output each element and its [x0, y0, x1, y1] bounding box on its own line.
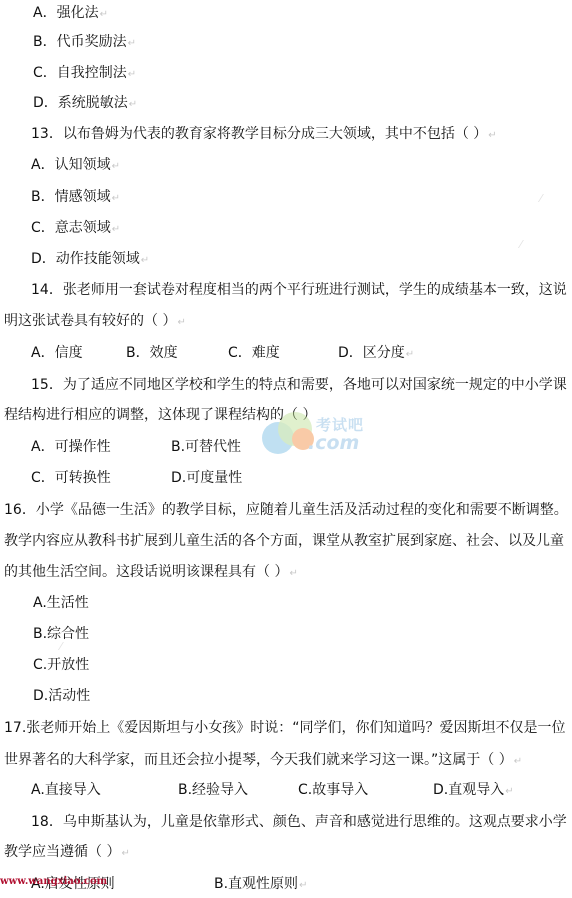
paragraph-mark-icon: ↵	[100, 9, 108, 20]
q12-option-a: A．强化法↵	[33, 3, 108, 23]
q16-stem-line2: 教学内容应从教科书扩展到儿童生活的各个方面，课堂从教室扩展到家庭、社会、以及儿童	[4, 531, 564, 551]
paragraph-mark-icon: ↵	[141, 255, 149, 266]
q13-option-a: A．认知领域↵	[31, 155, 120, 175]
paragraph-mark-icon: ↵	[112, 193, 120, 204]
paragraph-mark-icon: ↵	[514, 756, 522, 767]
q14-option-d: D．区分度↵	[338, 343, 414, 365]
paragraph-mark-icon: ↵	[128, 69, 136, 80]
q17-option-a: A.直接导入	[31, 780, 101, 800]
q15-option-d: D.可度量性	[171, 468, 242, 488]
paragraph-mark-icon: ↵	[129, 99, 137, 110]
q13-option-c: C．意志领域↵	[31, 218, 120, 238]
q17-stem-line1: 17.张老师开始上《爱因斯坦与小女孩》时说：“同学们，你们知道吗？爱因斯坦不仅是…	[4, 718, 566, 738]
q14-stem-line2: 明这张试卷具有较好的（ ）↵	[4, 311, 186, 331]
q12-option-c: C．自我控制法↵	[33, 63, 136, 83]
watermark-logo-domain: .com	[308, 432, 359, 454]
q18-stem-line2: 教学应当遵循（ ）↵	[4, 842, 130, 862]
watermark-logo-text: 考试吧	[316, 414, 364, 435]
q16-option-b: B.综合性	[33, 624, 89, 644]
background-scribble: ⁄	[540, 192, 542, 205]
paragraph-mark-icon: ↵	[121, 848, 129, 859]
paragraph-mark-icon: ↵	[112, 161, 120, 172]
q15-option-b: B.可替代性	[171, 437, 241, 457]
watermark-url: www.wangxiao.com	[0, 876, 107, 887]
q17-option-b: B.经验导入	[178, 780, 248, 800]
q15-option-c: C．可转换性	[31, 468, 111, 488]
q15-stem-line1: 15．为了适应不同地区学校和学生的特点和需要，各地可以对国家统一规定的中小学课	[31, 375, 567, 395]
paragraph-mark-icon: ↵	[128, 38, 136, 49]
q16-stem-line1: 16．小学《品德一生活》的教学目标，应随着儿童生活及活动过程的变化和需要不断调整…	[4, 500, 568, 520]
q16-stem-line3: 的其他生活空间。这段话说明该课程具有（ ）↵	[4, 562, 298, 582]
q14-option-c: C．难度	[228, 343, 280, 363]
q15-option-a: A．可操作性	[31, 437, 111, 457]
q17-option-c: C.故事导入	[298, 780, 368, 800]
q12-option-d: D．系统脱敏法↵	[33, 93, 137, 113]
background-scribble: ⁄	[520, 238, 522, 251]
logo-circle-icon	[262, 422, 294, 454]
paragraph-mark-icon: ↵	[112, 224, 120, 235]
q13-option-d: D．动作技能领域↵	[31, 249, 149, 269]
q14-option-a: A．信度	[31, 343, 83, 363]
q13-stem: 13．以布鲁姆为代表的教育家将教学目标分成三大领域，其中不包括（ ）↵	[31, 124, 497, 144]
paragraph-mark-icon: ↵	[488, 130, 496, 141]
q16-option-a: A.生活性	[33, 593, 89, 613]
q16-option-c: C.开放性	[33, 655, 89, 675]
q13-option-b: B．情感领域↵	[31, 187, 120, 207]
q14-stem-line1: 14．张老师用一套试卷对程度相当的两个平行班进行测试，学生的成绩基本一致，这说	[31, 280, 567, 300]
q18-option-b: B.直观性原则↵	[214, 874, 307, 896]
logo-circle-icon	[292, 428, 314, 450]
q18-stem-line1: 18．乌申斯基认为，儿童是依靠形式、颜色、声音和感觉进行思维的。这观点要求小学	[31, 812, 567, 832]
paragraph-mark-icon: ↵	[406, 349, 414, 360]
q17-stem-line2: 世界著名的大科学家，而且还会拉小提琴，今天我们就来学习这一课。”这属于（ ）↵	[4, 750, 522, 770]
paragraph-mark-icon: ↵	[289, 568, 297, 579]
paragraph-mark-icon: ↵	[177, 317, 185, 328]
paragraph-mark-icon: ↵	[299, 880, 307, 891]
q17-option-d: D.直观导入↵	[433, 780, 514, 802]
q16-option-d: D.活动性	[33, 686, 90, 706]
q12-option-b: B．代币奖励法↵	[33, 32, 136, 52]
q15-stem-line2: 程结构进行相应的调整，这体现了课程结构的（ ）	[4, 405, 316, 425]
q14-option-b: B．效度	[126, 343, 178, 363]
paragraph-mark-icon: ↵	[505, 786, 513, 797]
